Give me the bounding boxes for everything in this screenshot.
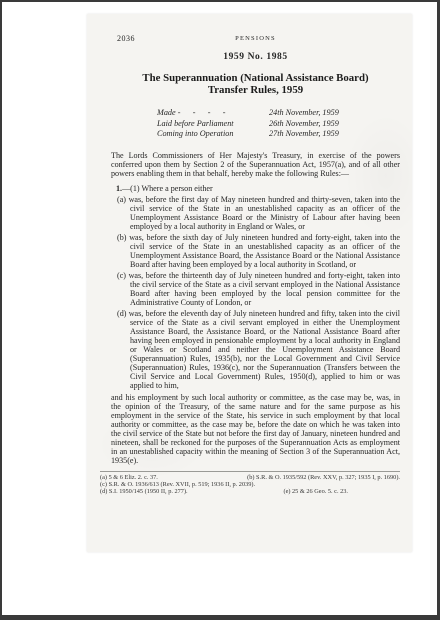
document-title: The Superannuation (National Assistance … [111, 72, 400, 96]
clause-b-marker: (b) [117, 233, 126, 242]
meta-row-laid: Laid before Parliament 26th November, 19… [157, 119, 400, 130]
preamble-paragraph: The Lords Commissioners of Her Majesty's… [111, 151, 400, 178]
clause-b: (b) was, before the sixth day of July ni… [111, 233, 400, 269]
document-title-line1: The Superannuation (National Assistance … [111, 72, 400, 84]
footnote-d: (d) S.I. 1950/145 (1950 II, p. 277). [100, 488, 188, 495]
meta-row-operation: Coming into Operation 27th November, 195… [157, 129, 400, 140]
footnote-e: (e) 25 & 26 Geo. 5. c. 23. [283, 488, 348, 495]
footnote-b: (b) S.R. & O. 1935/592 (Rev. XXV, p. 327… [247, 474, 400, 481]
document-page: 2036 PENSIONS 1959 No. 1985 The Superann… [87, 14, 412, 552]
rule-1-intro: 1.—(1) Where a person either [111, 184, 400, 193]
meta-label: Made - - - - [157, 108, 269, 119]
clause-c-text: was, before the thirteenth day of July n… [129, 271, 400, 307]
footnote-a: (a) 5 & 6 Eliz. 2. c. 37. [100, 474, 158, 481]
clause-d-text: was, before the eleventh day of July nin… [129, 309, 400, 390]
clause-b-text: was, before the sixth day of July ninete… [129, 233, 400, 269]
footnotes: (a) 5 & 6 Eliz. 2. c. 37. (b) S.R. & O. … [100, 471, 400, 496]
footnote-line-2: (c) S.R. & O. 1936/613 (Rev. XVII, p. 51… [100, 481, 400, 488]
meta-row-made: Made - - - - 24th November, 1959 [157, 108, 400, 119]
running-header: PENSIONS [111, 35, 400, 42]
meta-date: 27th November, 1959 [269, 129, 339, 140]
clause-c-marker: (c) [117, 271, 126, 280]
clause-a-marker: (a) [117, 195, 126, 204]
document-title-line2: Transfer Rules, 1959 [111, 84, 400, 96]
page-header: 2036 PENSIONS [111, 34, 400, 44]
si-number: 1959 No. 1985 [111, 52, 400, 62]
clause-d-marker: (d) [117, 309, 126, 318]
clause-c: (c) was, before the thirteenth day of Ju… [111, 271, 400, 307]
clause-a: (a) was, before the first day of May nin… [111, 195, 400, 231]
meta-label: Laid before Parliament [157, 119, 269, 130]
rule-intro-text: —(1) Where a person either [122, 184, 213, 193]
meta-date: 26th November, 1959 [269, 119, 339, 130]
clause-a-text: was, before the first day of May ninetee… [129, 195, 400, 231]
footnote-line-1: (a) 5 & 6 Eliz. 2. c. 37. (b) S.R. & O. … [100, 474, 400, 481]
meta-date: 24th November, 1959 [269, 108, 339, 119]
footnote-line-3: (d) S.I. 1950/145 (1950 II, p. 277). (e)… [100, 488, 400, 495]
meta-label: Coming into Operation [157, 129, 269, 140]
clause-d: (d) was, before the eleventh day of July… [111, 309, 400, 390]
footnote-c: (c) S.R. & O. 1936/613 (Rev. XVII, p. 51… [100, 481, 255, 488]
scan-outer-frame: 2036 PENSIONS 1959 No. 1985 The Superann… [0, 0, 440, 620]
metadata-table: Made - - - - 24th November, 1959 Laid be… [111, 108, 400, 140]
closing-paragraph: and his employment by such local authori… [111, 393, 400, 465]
